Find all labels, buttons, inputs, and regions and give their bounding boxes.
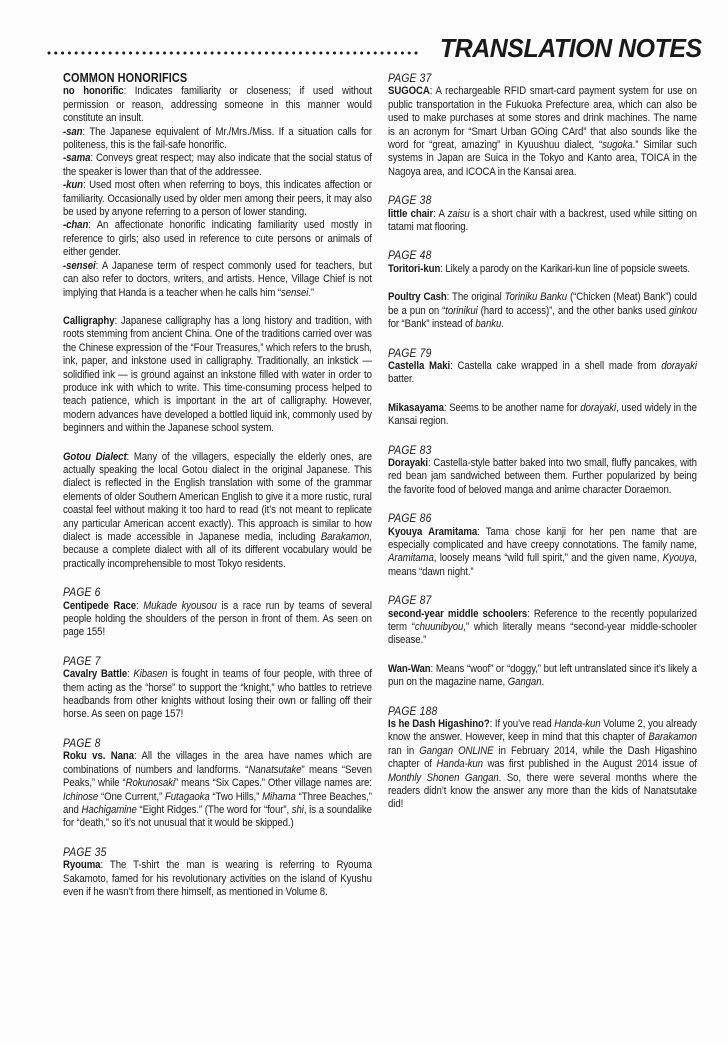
right-column: PAGE 37SUGOCA: A rechargeable RFID smart… xyxy=(388,72,697,812)
text-run: Rokunosaki xyxy=(126,777,175,789)
text-run: “Two Hills,” xyxy=(210,791,262,803)
text-run: sugoka xyxy=(602,139,633,151)
text-run: Wan-Wan xyxy=(388,663,431,675)
note-paragraph: Ryouma: The T-shirt the man is wearing i… xyxy=(63,859,372,899)
page-label: PAGE 83 xyxy=(388,444,697,457)
text-run: (hard to access)”, and the other banks u… xyxy=(478,305,669,317)
text-run: Is he Dash Higashino? xyxy=(388,718,490,730)
text-run: Dorayaki xyxy=(388,457,428,469)
note-paragraph: little chair: A zaisu is a short chair w… xyxy=(388,208,697,235)
text-run: Gangan xyxy=(508,676,542,688)
text-run: Toriniku Banku xyxy=(505,291,567,303)
text-run: zaisu xyxy=(448,208,470,220)
text-run: -kun xyxy=(63,179,83,191)
text-run: no honorific xyxy=(63,85,124,97)
text-run: : Likely a parody on the Karikari-kun li… xyxy=(440,263,690,275)
page-label: PAGE 87 xyxy=(388,594,697,607)
text-run: Mukade kyousou xyxy=(143,600,217,612)
page-label: PAGE 8 xyxy=(63,737,372,750)
text-run: Calligraphy xyxy=(63,315,114,327)
text-run: Ryouma xyxy=(63,859,100,871)
text-run: Gangan ONLINE xyxy=(419,745,493,757)
text-run: . xyxy=(501,318,504,330)
note-paragraph: Centipede Race: Mukade kyousou is a race… xyxy=(63,600,372,640)
text-run: Handa-kun xyxy=(437,758,483,770)
text-run: Toritori-kun xyxy=(388,263,440,275)
text-run: “One Current,” xyxy=(98,791,165,803)
text-run: : Castella-style batter baked into two s… xyxy=(388,457,697,496)
note-paragraph: Dorayaki: Castella-style batter baked in… xyxy=(388,457,697,497)
page-label: PAGE 7 xyxy=(63,655,372,668)
left-column: COMMON HONORIFICSno honorific: Indicates… xyxy=(63,72,372,899)
text-run: : Used most often when referring to boys… xyxy=(63,179,372,218)
text-run: : A xyxy=(433,208,447,220)
text-run: ran in xyxy=(388,745,419,757)
text-run: Ichinose xyxy=(63,791,98,803)
text-run: : Japanese calligraphy has a long histor… xyxy=(63,315,372,434)
text-run: Monthly Shonen Gangan xyxy=(388,772,499,784)
text-run: Handa-kun xyxy=(554,718,600,730)
note-paragraph: Toritori-kun: Likely a parody on the Kar… xyxy=(388,263,697,276)
text-run: Roku vs. Nana xyxy=(63,750,134,762)
text-run: chuunibyou xyxy=(415,621,463,633)
page-label: PAGE 48 xyxy=(388,249,697,262)
text-run: SUGOCA xyxy=(388,85,430,97)
text-run: “Eight Ridges.” (The word for “four”, xyxy=(137,804,292,816)
note-paragraph: Gotou Dialect: Many of the villagers, es… xyxy=(63,451,372,572)
text-run: for “Bank” instead of xyxy=(388,318,475,330)
page-label: PAGE 86 xyxy=(388,512,697,525)
text-run: banku xyxy=(475,318,501,330)
text-run: was first published in the August 2014 i… xyxy=(483,758,697,770)
text-run: Mikasayama xyxy=(388,402,444,414)
page-title: TRANSLATION NOTES xyxy=(440,33,702,63)
text-run: : Conveys great respect; may also indica… xyxy=(63,152,372,177)
text-run: Mihama xyxy=(262,791,296,803)
text-run: : Seems to be another name for xyxy=(444,402,581,414)
text-run: : Many of the villagers, especially the … xyxy=(63,451,372,543)
page-header: TRANSLATION NOTES xyxy=(47,33,702,63)
text-run: Nanatsutake xyxy=(248,764,301,776)
dotted-leader-rule xyxy=(47,51,420,55)
section-heading: COMMON HONORIFICS xyxy=(63,72,372,85)
text-run: , loosely means “wild full spirit,” and … xyxy=(434,552,663,564)
note-paragraph: Wan-Wan: Means “woof” or “doggy,” but le… xyxy=(388,663,697,690)
note-paragraph: -san: The Japanese equivalent of Mr./Mrs… xyxy=(63,126,372,153)
text-run: Kyouya Aramitama xyxy=(388,526,477,538)
text-run: Hachigamine xyxy=(82,804,137,816)
text-run: torinikui xyxy=(445,305,477,317)
note-paragraph: Cavalry Battle: Kibasen is fought in tea… xyxy=(63,668,372,722)
text-run: Poultry Cash xyxy=(388,291,447,303)
text-run: : The original xyxy=(447,291,505,303)
text-run: Castella Maki xyxy=(388,360,450,372)
note-paragraph: -kun: Used most often when referring to … xyxy=(63,179,372,219)
text-run: second-year middle schoolers xyxy=(388,608,527,620)
note-paragraph: second-year middle schoolers: Reference … xyxy=(388,608,697,648)
page-label: PAGE 35 xyxy=(63,846,372,859)
text-run: Cavalry Battle xyxy=(63,668,127,680)
text-run: . xyxy=(541,676,544,688)
text-run: Aramitama xyxy=(388,552,434,564)
text-run: : A Japanese term of respect commonly us… xyxy=(63,260,372,299)
note-paragraph: -chan: An affectionate honorific indicat… xyxy=(63,219,372,259)
text-run: .” xyxy=(308,287,314,299)
page-label: PAGE 188 xyxy=(388,705,697,718)
text-run: Barakamon xyxy=(648,731,696,743)
text-run: : The T-shirt the man is wearing is refe… xyxy=(63,859,372,898)
text-run: shi xyxy=(292,804,304,816)
note-paragraph: Castella Maki: Castella cake wrapped in … xyxy=(388,360,697,387)
text-run: dorayaki xyxy=(661,360,697,372)
note-paragraph: Poultry Cash: The original Toriniku Bank… xyxy=(388,291,697,331)
note-paragraph: -sensei: A Japanese term of respect comm… xyxy=(63,260,372,300)
note-paragraph: Is he Dash Higashino?: If you’ve read Ha… xyxy=(388,718,697,812)
text-run: little chair xyxy=(388,208,433,220)
text-run: -chan xyxy=(63,219,88,231)
text-run: : The Japanese equivalent of Mr./Mrs./Mi… xyxy=(63,126,372,151)
text-run: -san xyxy=(63,126,82,138)
page-label: PAGE 37 xyxy=(388,72,697,85)
text-run: : If you’ve read xyxy=(490,718,555,730)
note-paragraph: Kyouya Aramitama: Tama chose kanji for h… xyxy=(388,526,697,580)
note-paragraph: Calligraphy: Japanese calligraphy has a … xyxy=(63,315,372,436)
text-run: : Castella cake wrapped in a shell made … xyxy=(450,360,661,372)
text-run: -sensei xyxy=(63,260,96,272)
text-run: Barakamon xyxy=(321,531,369,543)
note-paragraph: Mikasayama: Seems to be another name for… xyxy=(388,402,697,429)
text-run: Gotou Dialect xyxy=(63,451,127,463)
text-run: Kibasen xyxy=(133,668,167,680)
text-run: -sama xyxy=(63,152,90,164)
note-paragraph: Roku vs. Nana: All the villages in the a… xyxy=(63,750,372,830)
note-paragraph: SUGOCA: A rechargeable RFID smart-card p… xyxy=(388,85,697,179)
text-run: sensei xyxy=(281,287,308,299)
text-run: : xyxy=(136,600,143,612)
page-label: PAGE 79 xyxy=(388,347,697,360)
text-run: : An affectionate honorific indicating f… xyxy=(63,219,372,258)
page-label: PAGE 38 xyxy=(388,194,697,207)
page-label: PAGE 6 xyxy=(63,586,372,599)
note-paragraph: no honorific: Indicates familiarity or c… xyxy=(63,85,372,125)
text-run: dorayaki xyxy=(580,402,616,414)
text-run: Futagaoka xyxy=(165,791,210,803)
text-run: Kyouya xyxy=(663,552,695,564)
note-paragraph: -sama: Conveys great respect; may also i… xyxy=(63,152,372,179)
text-run: Centipede Race xyxy=(63,600,136,612)
text-run: ginkou xyxy=(669,305,697,317)
text-run: ” means “Six Capes.” Other village names… xyxy=(175,777,372,789)
text-run: batter. xyxy=(388,373,414,385)
